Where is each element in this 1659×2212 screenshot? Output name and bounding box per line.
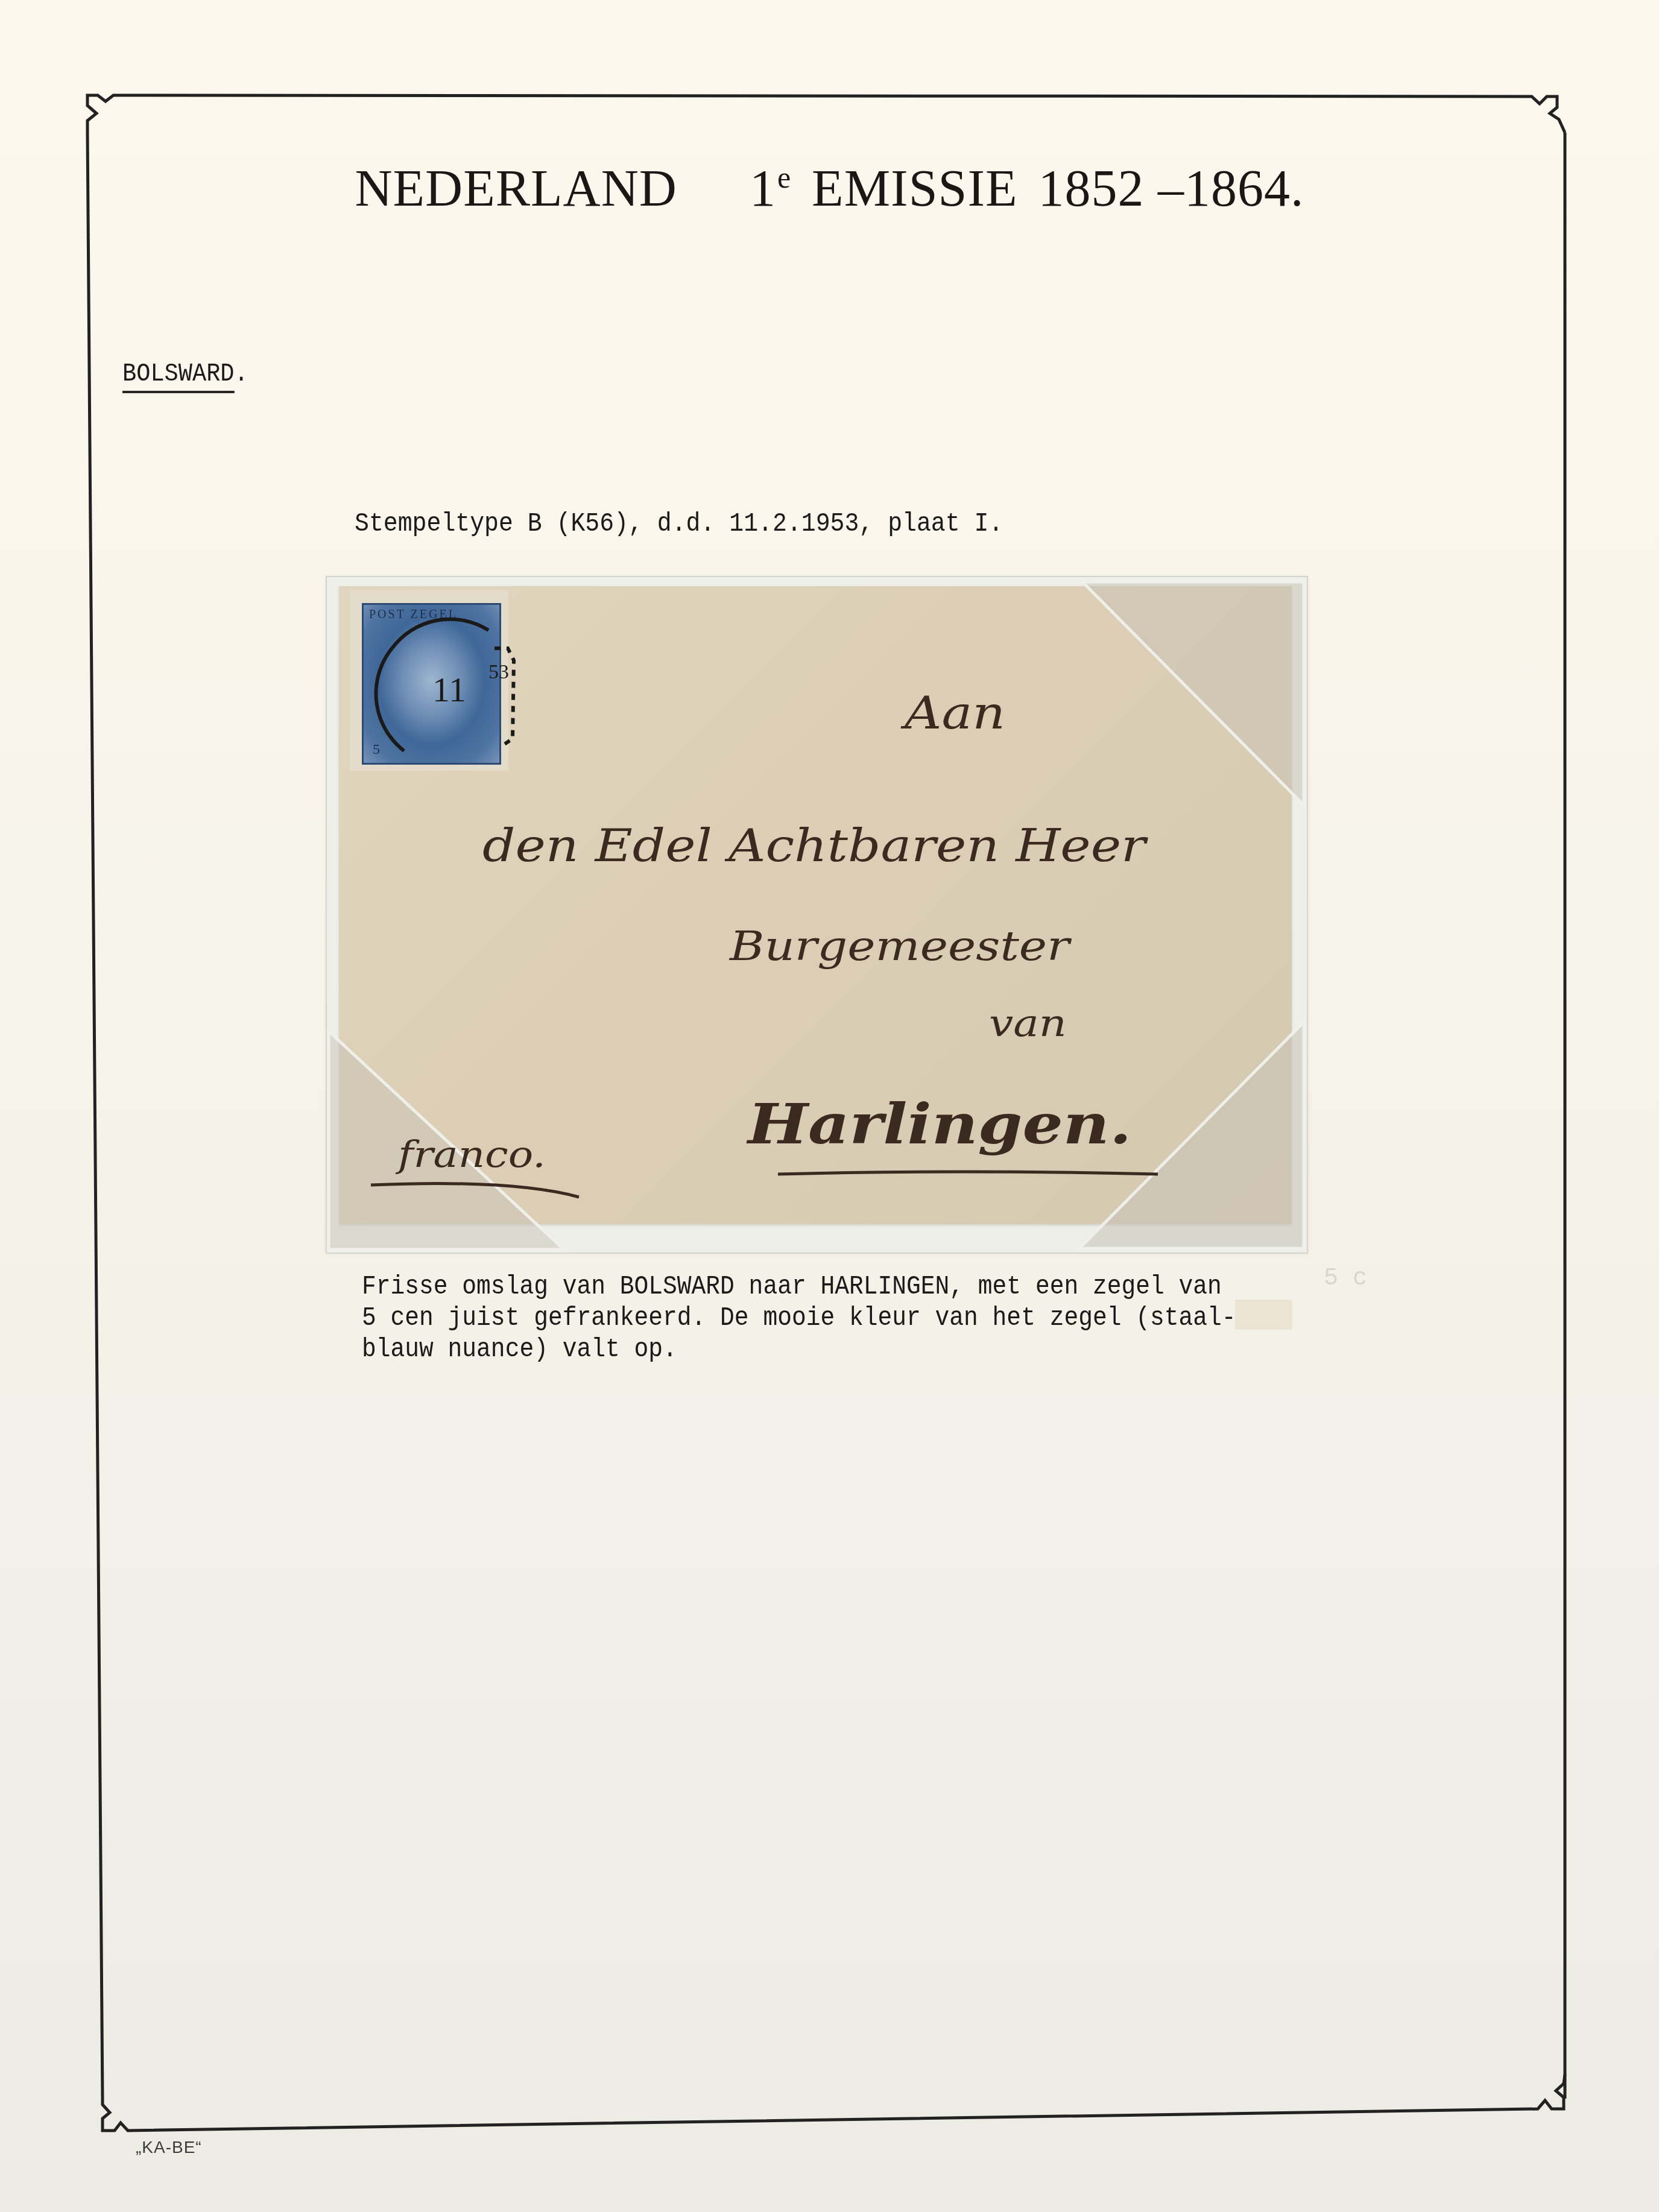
address-line-1: Aan: [905, 687, 1005, 739]
correction-patch: [1235, 1300, 1292, 1330]
title-emission-suffix: e: [777, 160, 791, 194]
faint-marks: 5 c: [1324, 1265, 1367, 1292]
title-emission-number: 1: [750, 159, 776, 217]
address-line-3: Burgemeester: [730, 923, 1069, 970]
town-name: BOLSWARD: [122, 359, 235, 393]
postmark-icon: 11 53: [350, 594, 549, 781]
address-line-2: den Edel Achtbaren Heer: [482, 820, 1146, 872]
title-emission-label: EMISSIE: [812, 159, 1017, 217]
caption-line-1: Frisse omslag van BOLSWARD naar HARLINGE…: [362, 1271, 1236, 1303]
postmark-year: 53: [488, 661, 509, 683]
town-punct: .: [235, 359, 248, 388]
title-period: 1852 –1864.: [1038, 159, 1304, 217]
address-line-4: van: [989, 1001, 1067, 1045]
franking-underline: [368, 1179, 585, 1203]
address-line-5: Harlingen.: [748, 1092, 1132, 1157]
title-country: NEDERLAND: [355, 159, 677, 217]
cover-description: Frisse omslag van BOLSWARD naar HARLINGE…: [362, 1271, 1236, 1365]
address-underline: [775, 1167, 1161, 1179]
page-title: NEDERLAND1eEMISSIE1852 –1864.: [0, 158, 1659, 218]
caption-line-2: 5 cen juist gefrankeerd. De mooie kleur …: [362, 1303, 1236, 1334]
franking-note: franco.: [398, 1134, 546, 1176]
cancel-description: Stempeltype B (K56), d.d. 11.2.1953, pla…: [355, 509, 1003, 539]
caption-line-3: blauw nuance) valt op.: [362, 1334, 1236, 1365]
town-heading: BOLSWARD.: [122, 359, 248, 388]
photo-corner-top-right: [1073, 576, 1309, 811]
postmark-day: 11: [432, 670, 466, 709]
album-brand: „KA-BE“: [136, 2138, 202, 2157]
